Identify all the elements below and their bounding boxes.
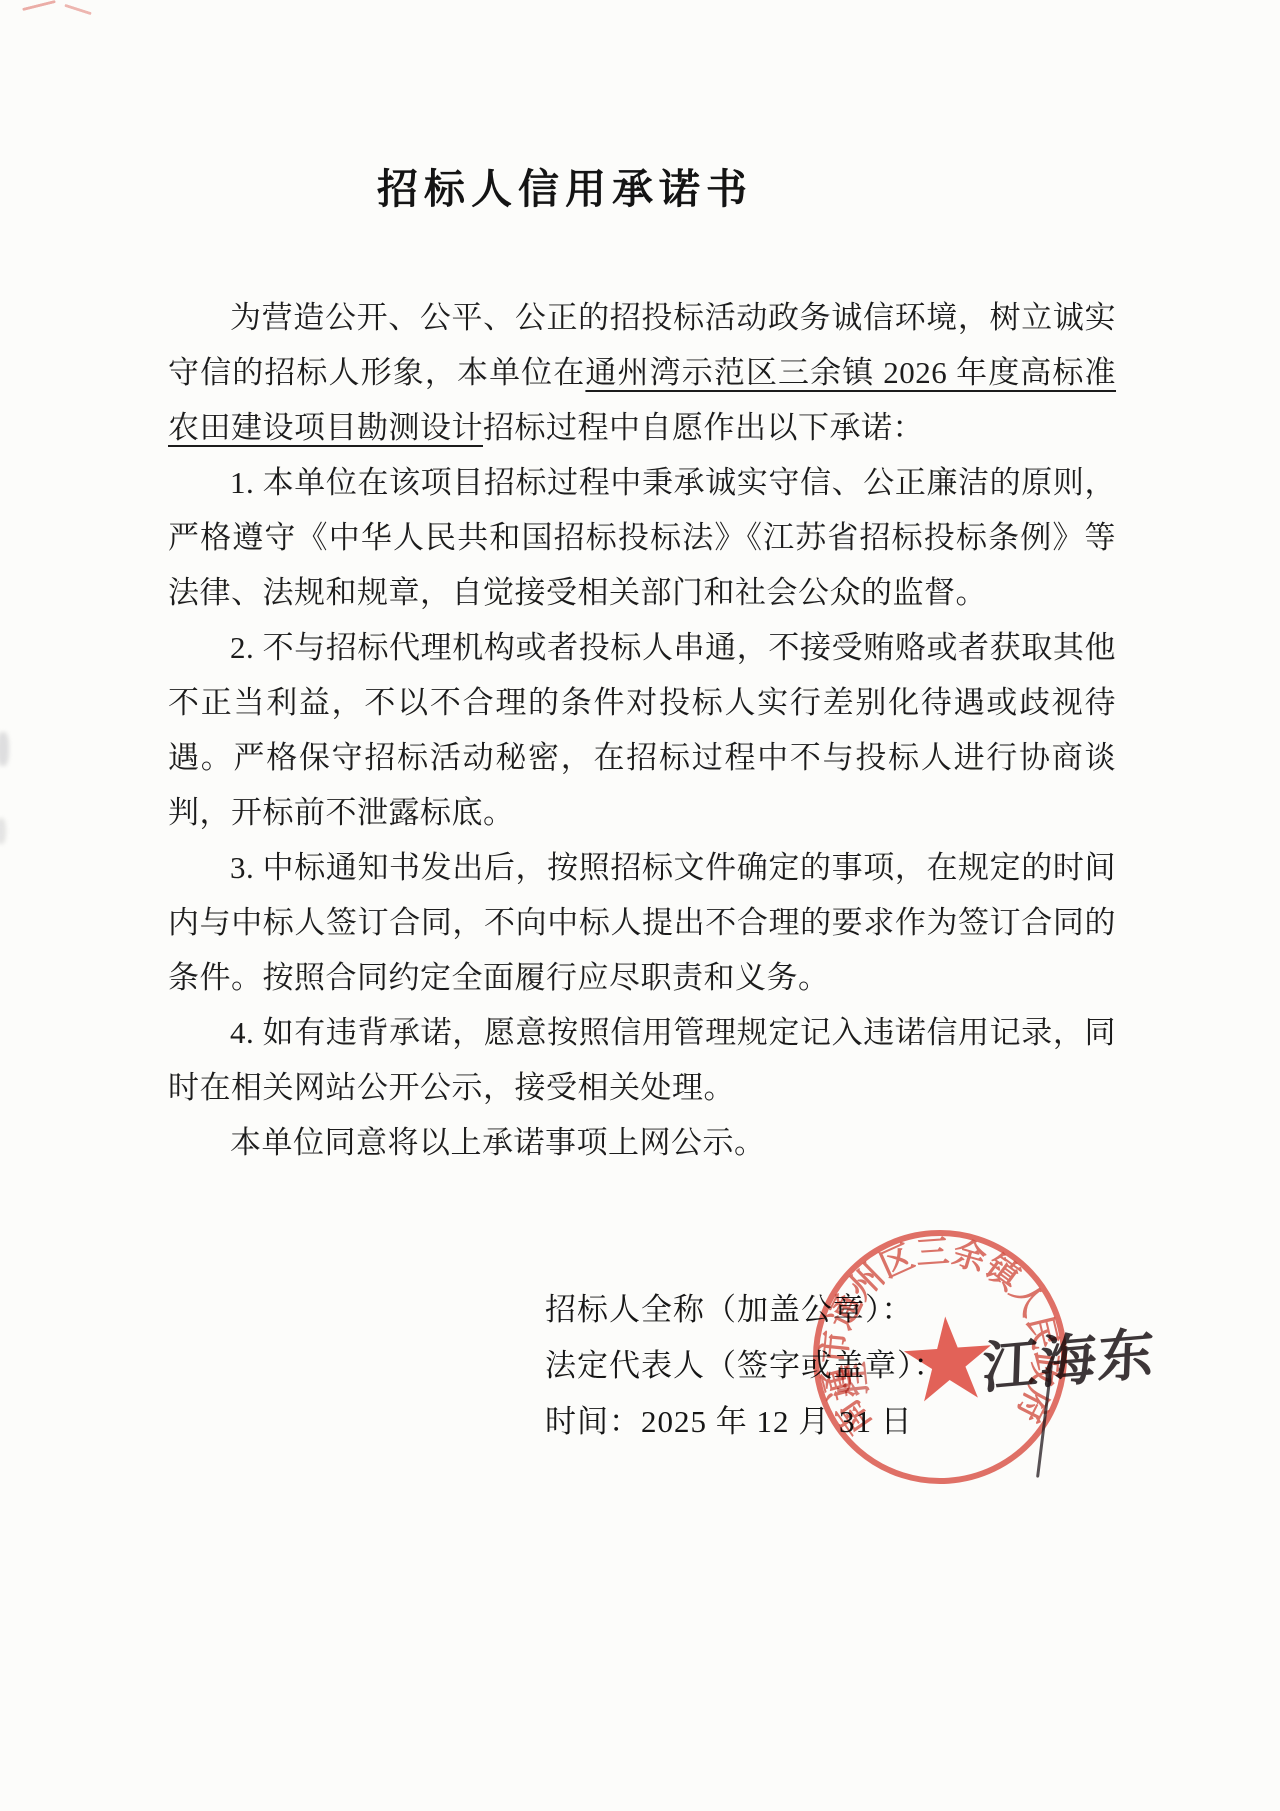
- red-pen-mark: [64, 4, 92, 16]
- commitment-item-2: 2. 不与招标代理机构或者投标人串通，不接受贿赂或者获取其他不正当利益，不以不合…: [168, 620, 1116, 840]
- handwritten-signature: 江海东: [981, 1324, 1156, 1400]
- document-body: 为营造公开、公平、公正的招投标活动政务诚信环境，树立诚实守信的招标人形象，本单位…: [168, 290, 1116, 1170]
- intro-suffix: 招标过程中自愿作出以下承诺：: [483, 410, 924, 445]
- scanned-document-page: 招标人信用承诺书 为营造公开、公平、公正的招投标活动政务诚信环境，树立诚实守信的…: [0, 0, 1280, 1811]
- scan-smudge: [0, 732, 9, 766]
- page-title: 招标人信用承诺书: [0, 156, 1130, 215]
- commitment-item-3: 3. 中标通知书发出后，按照招标文件确定的事项，在规定的时间内与中标人签订合同，…: [168, 840, 1116, 1005]
- red-pen-mark: [22, 0, 56, 11]
- seal-inner-mark: 挂: [836, 1360, 873, 1397]
- intro-paragraph: 为营造公开、公平、公正的招投标活动政务诚信环境，树立诚实守信的招标人形象，本单位…: [168, 290, 1116, 455]
- scan-smudge: [0, 818, 6, 844]
- commitment-item-4: 4. 如有违背承诺，愿意按照信用管理规定记入违诺信用记录，同时在相关网站公开公示…: [168, 1005, 1116, 1115]
- commitment-item-1: 1. 本单位在该项目招标过程中秉承诚实守信、公正廉洁的原则，严格遵守《中华人民共…: [168, 455, 1116, 620]
- closing-paragraph: 本单位同意将以上承诺事项上网公示。: [168, 1115, 1116, 1170]
